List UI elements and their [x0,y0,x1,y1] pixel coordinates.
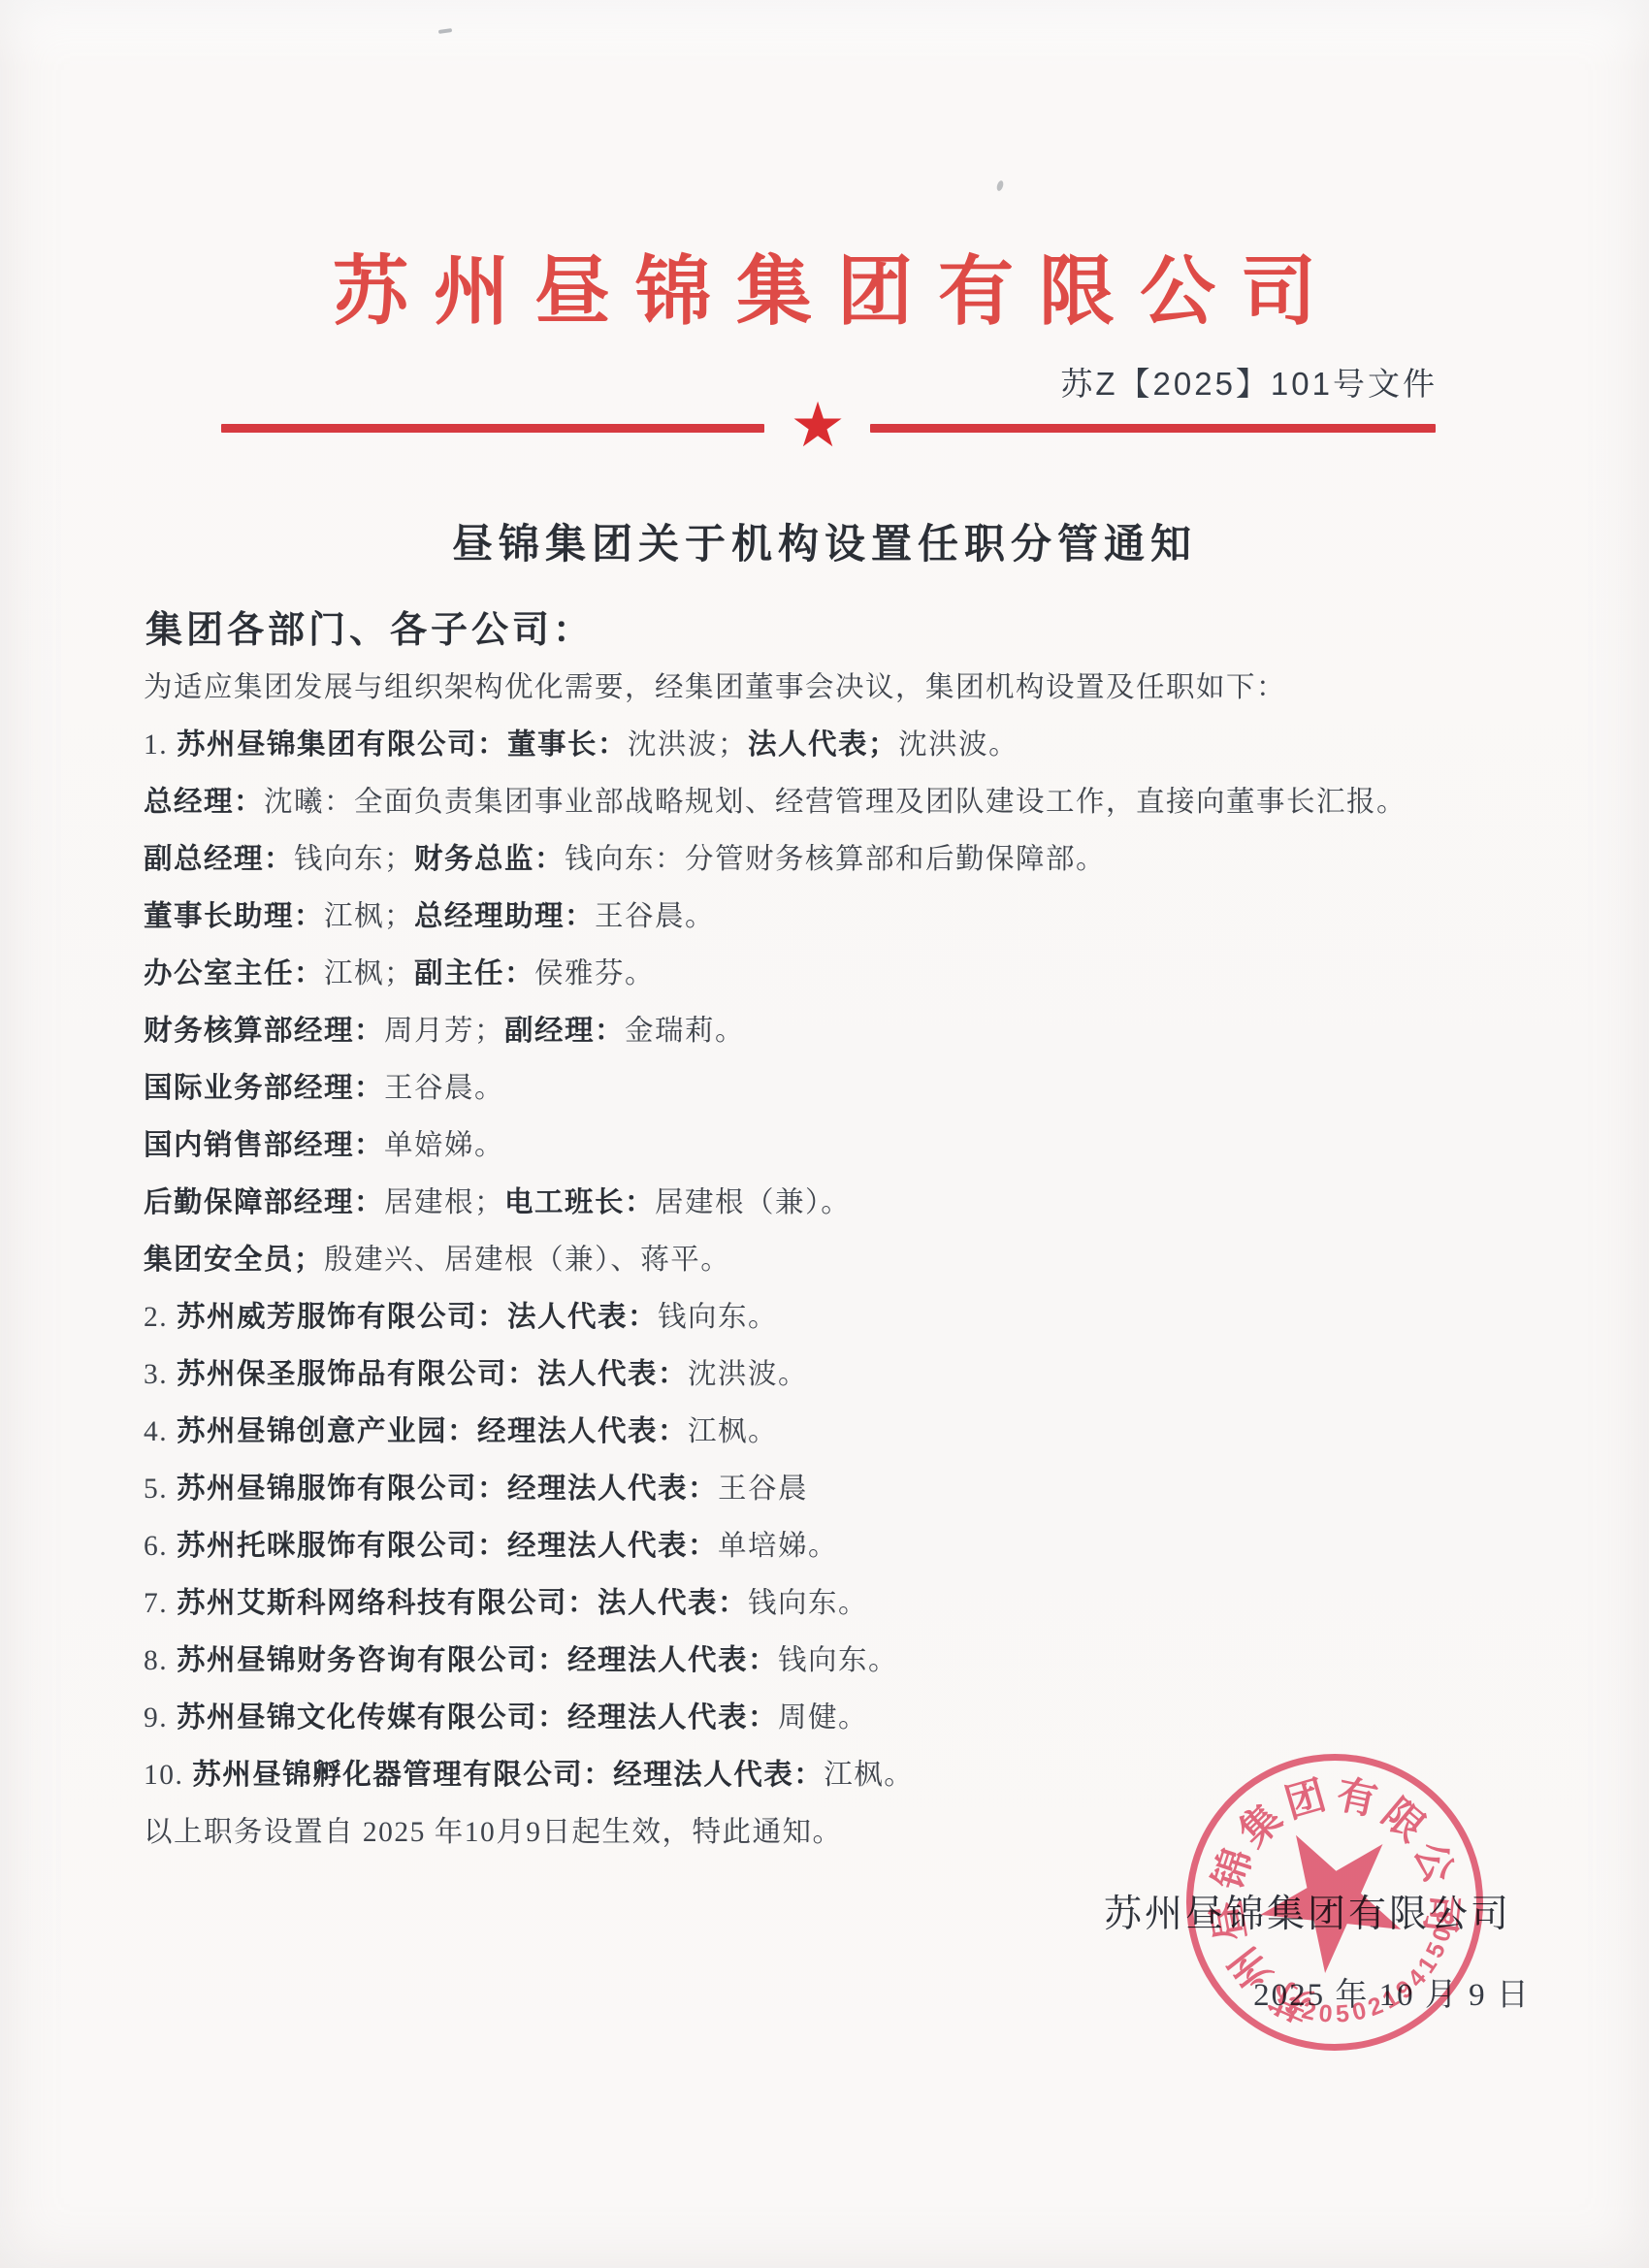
body-line: 国际业务部经理：王谷晨。 [144,1060,1521,1118]
body-line: 国内销售部经理：单婄娣。 [144,1118,1521,1175]
body-line: 1. 苏州昼锦集团有限公司：董事长：沈洪波；法人代表；沈洪波。 [144,717,1521,774]
body-line: 6. 苏州托咪服饰有限公司：经理法人代表：单培娣。 [144,1518,1521,1575]
body-line: 后勤保障部经理：居建根；电工班长：居建根（兼）。 [144,1175,1521,1232]
scanned-document-page: 苏州昼锦集团有限公司 苏Z【2025】101号文件 ★ 昼锦集团关于机构设置任职… [0,0,1649,2268]
body-line: 5. 苏州昼锦服饰有限公司：经理法人代表：王谷晨 [144,1461,1521,1518]
body-line: 为适应集团发展与组织架构优化需要，经集团董事会决议，集团机构设置及任职如下： [144,660,1521,717]
body-line: 2. 苏州威芳服饰有限公司：法人代表：钱向东。 [144,1289,1521,1346]
body-line: 4. 苏州昼锦创意产业园：经理法人代表：江枫。 [144,1404,1521,1461]
notice-body: 为适应集团发展与组织架构优化需要，经集团董事会决议，集团机构设置及任职如下：1.… [144,660,1521,1862]
body-line: 总经理：沈曦：全面负责集团事业部战略规划、经营管理及团队建设工作，直接向董事长汇… [144,774,1521,831]
star-icon: ★ [784,392,852,460]
divider-line-right [870,424,1436,433]
body-line: 8. 苏州昼锦财务咨询有限公司：经理法人代表：钱向东。 [144,1633,1521,1690]
body-line: 3. 苏州保圣服饰品有限公司：法人代表：沈洪波。 [144,1346,1521,1404]
scan-speck [438,28,452,34]
company-title: 苏州昼锦集团有限公司 [0,231,1649,340]
doc-number: 苏Z【2025】101号文件 [1060,359,1438,405]
salutation: 集团各部门、各子公司： [145,599,594,653]
body-line: 董事长助理：江枫；总经理助理：王谷晨。 [144,889,1521,946]
divider-line-left [221,424,764,433]
body-line: 9. 苏州昼锦文化传媒有限公司：经理法人代表：周健。 [144,1690,1521,1747]
body-line: 副总经理：钱向东；财务总监：钱向东：分管财务核算部和后勤保障部。 [144,831,1521,889]
scan-speck [995,179,1004,191]
body-line: 财务核算部经理：周月芳；副经理：金瑞莉。 [144,1003,1521,1060]
notice-title: 昼锦集团关于机构设置任职分管通知 [0,512,1649,570]
body-line: 办公室主任：江枫；副主任：侯雅芬。 [144,946,1521,1003]
body-line: 集团安全员；殷建兴、居建根（兼）、蒋平。 [144,1232,1521,1289]
body-line: 7. 苏州艾斯科网络科技有限公司：法人代表：钱向东。 [144,1575,1521,1633]
